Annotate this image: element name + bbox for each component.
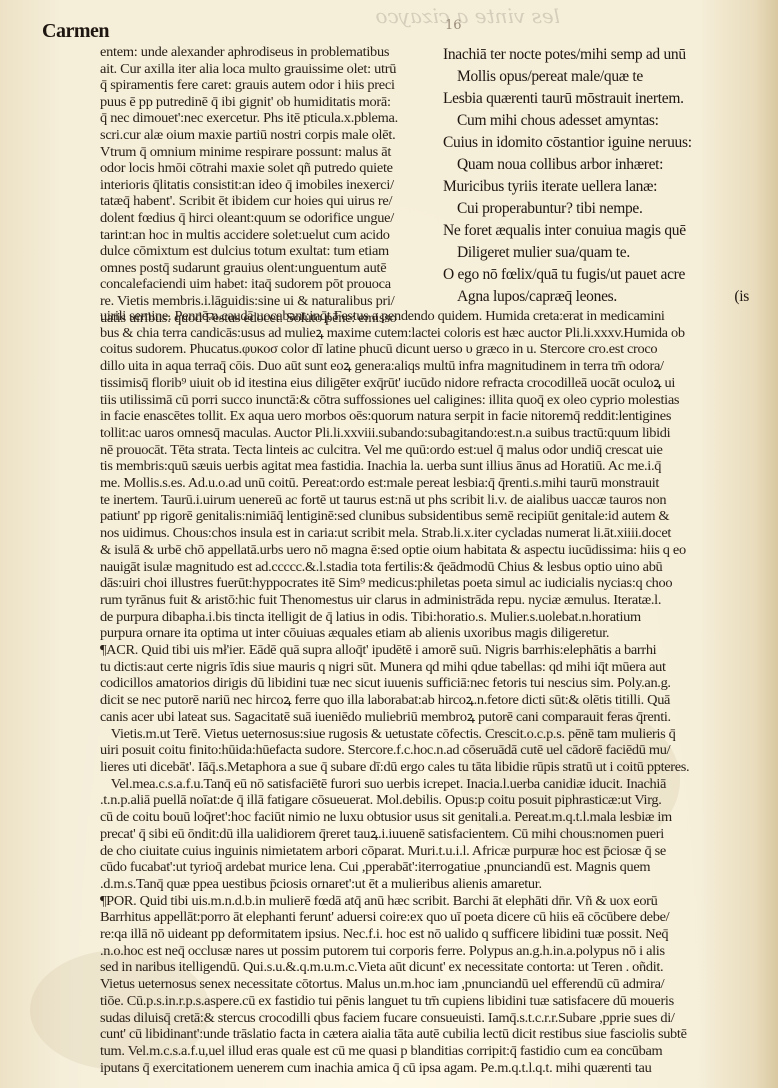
verse-line: Muricibus tyriis iterate uellera lanæ: bbox=[443, 176, 773, 198]
commentary-line: lieres uti dicebāt'. Iāq̄.s.Metaphora a … bbox=[100, 759, 778, 776]
commentary-line: Barrhitus appellāt:porro āt elephanti fe… bbox=[100, 909, 778, 926]
commentary-line: Vietus ueternosus senex necessitate cōto… bbox=[100, 976, 778, 993]
commentary-line: puus ē pp putredinē q̄ ibi gignit' ob hu… bbox=[100, 94, 474, 111]
commentary-line: uiri posuit coitu finito:hūida:hūefacta … bbox=[100, 742, 778, 759]
commentary-line: tum. Vel.m.c.s.a.f.u,uel illud eras qual… bbox=[100, 1043, 778, 1060]
commentary-line: tiis utilissimā cū porri succo inunctā:&… bbox=[100, 392, 778, 409]
commentary-line: .d.m.s.Tanq̄ quæ ppea uestibus p̄ciosis … bbox=[100, 876, 778, 893]
commentary-line: tu dictis:aut certe nigris īdis siue mau… bbox=[100, 659, 778, 676]
commentary-line: tarint:an hoc in multis accidere solet:u… bbox=[100, 227, 474, 244]
commentary-line: dillo uita in aqua terraq̄ cōis. Duo aūt… bbox=[100, 358, 778, 375]
commentary-section-start: ¶POR. Quid tibi uis.m.n.d.b.in mulierē f… bbox=[100, 893, 778, 910]
commentary-line: patiunt' pp rigorē genitalis:nimiāq̄ len… bbox=[100, 508, 778, 525]
verse-line: Quam noua collibus arbor inhæret: bbox=[443, 154, 773, 176]
commentary-line: canis acer ubi lateat sus. Sagacitatē su… bbox=[100, 709, 778, 726]
commentary-line: iputans q̄ exercitationem uenerem cum in… bbox=[100, 1060, 778, 1077]
commentary-line: ait. Cur axilla iter alia loca multo gra… bbox=[100, 61, 474, 78]
verse-line: Diligeret mulier sua/quam te. bbox=[443, 242, 773, 264]
verse-line: Cuius in idomito cōstantior iguine neruu… bbox=[443, 132, 773, 154]
commentary-line: dicit se nec putorē nariū nec hircoꝝ fer… bbox=[100, 692, 778, 709]
commentary-line: cū de coitu bouū loq̄ret':hoc faciūt nim… bbox=[100, 809, 778, 826]
commentary-line: rum tyrānus fuit & aristō:hic fuit Theno… bbox=[100, 592, 778, 609]
commentary-line: tis membris:quū sæuis uerbis agitat mea … bbox=[100, 458, 778, 475]
commentary-line: tatæq̄ habent'. Scribit ēt ibidem cur ho… bbox=[100, 193, 474, 210]
commentary-line: & isulā & urbē chō appellatā.urbs uero n… bbox=[100, 542, 778, 559]
commentary-line: odor locis hmōi cōtrahi maxie solet qñ p… bbox=[100, 160, 474, 177]
commentary-line: bus & chia terra candicās:usus ad mulieꝝ… bbox=[100, 325, 778, 342]
commentary-line: dulce cōmixtum est dulcius totum exultat… bbox=[100, 243, 474, 260]
folio-number: 16 bbox=[445, 18, 462, 33]
verse-line: Lesbia quærenti taurū mōstrauit inertem. bbox=[443, 88, 773, 110]
commentary-line: coitus sudorem. Phucatus.φυκοσ color dī … bbox=[100, 341, 778, 358]
commentary-line: scri.cur alæ oium maxie partiū nostri co… bbox=[100, 127, 474, 144]
commentary-line: me. Mollis.s.es. Ad.u.o.ad unū coitū. Pe… bbox=[100, 475, 778, 492]
commentary-line: concalefaciendi uim habet: itaq̄ sudorem… bbox=[100, 276, 474, 293]
commentary-line: sudas diluisq̄ cretā:& stercus crocodill… bbox=[100, 1010, 778, 1027]
commentary-line: dolent fœdius q̄ hirci oleant:quum se od… bbox=[100, 210, 474, 227]
commentary-line: .n.o.hoc est neq̄ occlusæ nares ut possi… bbox=[100, 943, 778, 960]
commentary-bottom-block: uirili semine. Pennē.n.caudā uocabant:in… bbox=[100, 308, 750, 1076]
commentary-line: entem: unde alexander aphrodiseus in pro… bbox=[100, 44, 474, 61]
running-head: Carmen bbox=[42, 20, 109, 43]
commentary-line: nos uidimus. Chous:chos insula est in ca… bbox=[100, 525, 778, 542]
scanned-page: les vinte a cizayco Carmen 16 entem: und… bbox=[0, 0, 778, 1088]
commentary-line: sed in naribus itelligendū. Qui.s.u.&.q.… bbox=[100, 959, 778, 976]
commentary-line: de purpura dibapha.i.bis tincta itelligi… bbox=[100, 609, 778, 626]
commentary-line: nē prouocāt. Tēta strata. Tecta linteis … bbox=[100, 442, 778, 459]
commentary-line: Vietis.m.ut Terē. Vietus ueternosus:siue… bbox=[100, 726, 778, 743]
commentary-line: te inertem. Taurū.i.uirum uenereū ac for… bbox=[100, 492, 778, 509]
commentary-line: tollit:ac uaros omnesq̄ maculas. Auctor … bbox=[100, 425, 778, 442]
verse-turnover: (is bbox=[734, 286, 749, 308]
commentary-line: nauigāt isulæ magnitudo est ad.ccccc.&.l… bbox=[100, 559, 778, 576]
commentary-line: interioris q̄litatis consistit:an ideo q… bbox=[100, 177, 474, 194]
commentary-line: re. Vietis membris.i.lāguidis:sine ui & … bbox=[100, 293, 474, 310]
bleed-through-text: les vinte a cizayco bbox=[300, 4, 560, 44]
commentary-line: precat' q̄ sibi eū ōndit:dū illa ualidio… bbox=[100, 826, 778, 843]
commentary-line: Vtrum q̄ omnium minime respirare possunt… bbox=[100, 144, 474, 161]
verse-column: Inachiā ter nocte potes/mihi semp ad unū… bbox=[443, 44, 773, 286]
commentary-line: purpura ornare ita optima ut inter cōuiu… bbox=[100, 625, 778, 642]
commentary-line: in facie enascētes tollit. Ex aqua uero … bbox=[100, 408, 778, 425]
commentary-line: tiōe. Cū.p.s.in.r.p.s.aspere.cū ex fasti… bbox=[100, 993, 778, 1010]
commentary-section-start: ¶ACR. Quid tibi uis mł'ier. Eādē quā sup… bbox=[100, 642, 778, 659]
verse-line: Mollis opus/pereat male/quæ te bbox=[443, 66, 773, 88]
verse-line: Ne foret æqualis inter conuiua magis quē bbox=[443, 220, 773, 242]
commentary-top-column: entem: unde alexander aphrodiseus in pro… bbox=[100, 44, 446, 326]
commentary-line: re:qa illā nō uideant pp deformitatem ip… bbox=[100, 926, 778, 943]
commentary-line: .t.n.p.aliā puellā noīat:de q̄ illā fati… bbox=[100, 792, 778, 809]
verse-line: Cui properabuntur? tibi nempe. bbox=[443, 198, 773, 220]
verse-line: Inachiā ter nocte potes/mihi semp ad unū bbox=[443, 44, 773, 66]
commentary-line: dās:uiri choi illustres fuerūt:hyppocrat… bbox=[100, 575, 778, 592]
commentary-line: cunt' cū libidinant':unde trāslatio fact… bbox=[100, 1026, 778, 1043]
verse-line: Cum mihi chous adesset amyntas: bbox=[443, 110, 773, 132]
commentary-line: q̄ nec dimouet':nec exercetur. Phs itē p… bbox=[100, 110, 474, 127]
commentary-line: uirili semine. Pennē.n.caudā uocabant:in… bbox=[100, 308, 778, 325]
verse-line: Agna lupos/capræq̄ leones. bbox=[443, 286, 773, 308]
commentary-line: codicillos amatorios dirigis dū libidini… bbox=[100, 675, 778, 692]
commentary-line: tissimisq̄ florib⁹ uiuit ob id itestina … bbox=[100, 375, 778, 392]
commentary-line: q̄ spiramentis fere caret: grauis autem … bbox=[100, 77, 474, 94]
commentary-line: cūdo fucabat':ut tyrioq̄ ardebat murice … bbox=[100, 859, 778, 876]
verse-line: O ego nō fœlix/quā tu fugis/ut pauet acr… bbox=[443, 264, 773, 286]
commentary-line: omnes postq̄ sudarunt grauius olent:ungu… bbox=[100, 260, 474, 277]
commentary-line: Vel.mea.c.s.a.f.u.Tanq̄ eū nō satisfaciē… bbox=[100, 776, 778, 793]
commentary-line: de cho ciuitate cuius inguinis nimietate… bbox=[100, 843, 778, 860]
